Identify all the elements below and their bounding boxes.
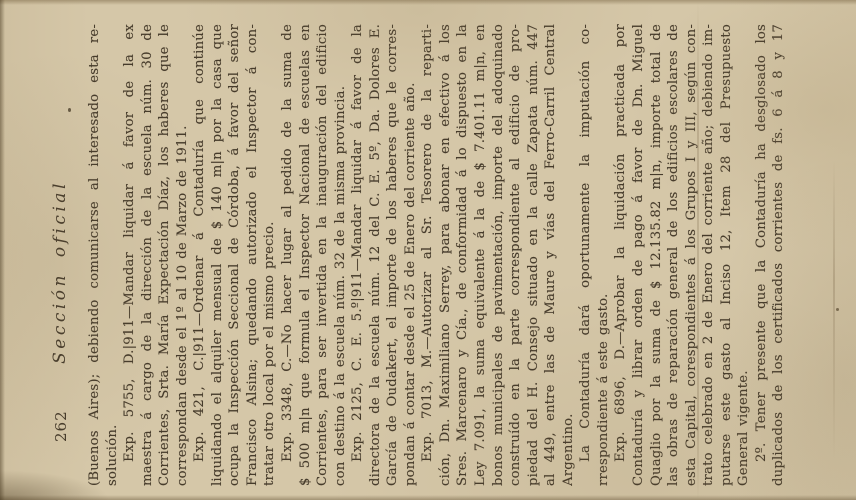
text-line: Ley 7.091, la suma equivalente á la de $…	[472, 24, 490, 486]
text-line: con destino á la escuela núm. 32 de la m…	[332, 24, 350, 486]
text-line: pondan á contar desde el 25 de Enero del…	[402, 24, 420, 486]
text-line: Exp. 3348, C.—No hacer lugar al pedido d…	[279, 24, 297, 486]
text-line: Exp. 421, C.|911—Ordenar á Contaduría qu…	[191, 24, 209, 486]
text-line: construído en la parte correspondiente a…	[507, 24, 525, 486]
text-line: directora de la escuela núm. 12 del C. E…	[367, 24, 385, 486]
text-line: bonos municipales de pavimentación, impo…	[490, 24, 508, 486]
text-line: duplicados de los certificados corriente…	[770, 24, 788, 486]
section-title: Sección oficial	[50, 44, 70, 500]
text-line: Francisco Alsina; quedando autorizado el…	[244, 24, 262, 486]
text-line: Corrientes, para ser invertida en la ina…	[314, 24, 332, 486]
text-line: piedad del H. Consejo situado en la call…	[525, 24, 543, 486]
text-line: Exp. 2125, C. E. 5.º|911—Mandar liquidar…	[349, 24, 367, 486]
text-line: Quaglio por la suma de $ 12.135.82 m|n, …	[648, 24, 666, 486]
text-line: $ 500 m|n que formula el Inspector Nacio…	[297, 24, 315, 486]
text-line: liquidando el alquiler mensual de $ 140 …	[209, 24, 227, 486]
text-line: 2º. Tener presente que la Contaduría ha …	[753, 24, 771, 486]
text-line: Argentino.	[560, 24, 578, 486]
page-header: 262 Sección oficial	[50, 0, 76, 500]
text-line: maestra á cargo de la dirección de la es…	[139, 24, 157, 486]
text-line: Contaduría y librar orden de pago á favo…	[630, 24, 648, 486]
text-line: García de Oudakert, el importe de los ha…	[384, 24, 402, 486]
text-line: solución.	[104, 24, 122, 486]
text-line: putarse este gasto al Inciso 12, Item 28…	[718, 24, 736, 486]
page-sheet: 262 Sección oficial (Buenos Aires); debi…	[0, 0, 856, 500]
text-line: Exp. 7013, M.—Autorizar al Sr. Tesorero …	[419, 24, 437, 486]
ink-speck	[68, 108, 71, 112]
text-line: La Contaduría dará oportunamente la impu…	[577, 24, 595, 486]
text-line: Exp. 6896, D.—Aprobar la liquidación pra…	[612, 24, 630, 486]
body-text: (Buenos Aires); debiendo comunicarse al …	[86, 24, 788, 486]
text-line: trato celebrado en 2 de Enero del corrie…	[700, 24, 718, 486]
text-line: las obras de reparación general de los e…	[665, 24, 683, 486]
text-line: rrespondiente á este gasto.	[595, 24, 613, 486]
text-line: tratar otro local por el mismo precio.	[261, 24, 279, 486]
text-line: ción, Dn. Maximiliano Serrey, para abona…	[437, 24, 455, 486]
text-line: esta Capital, corespondientes á los Grup…	[683, 24, 701, 486]
text-line: Exp. 5755, D.|911—Mandar liquidar á favo…	[121, 24, 139, 486]
text-line: ocupa la Inspección Seccional de Córdoba…	[226, 24, 244, 486]
text-line: Sres. Marcenaro y Cía., de conformidad á…	[454, 24, 472, 486]
scanned-book-page: 262 Sección oficial (Buenos Aires); debi…	[0, 0, 856, 500]
text-line: Corrientes, Srta. María Expectación Díaz…	[156, 24, 174, 486]
text-line: General vigente.	[735, 24, 753, 486]
text-line: correspondan desde el 1º al 10 de Marzo …	[174, 24, 192, 486]
text-line: al 449, entre las de Maure y vías del Fe…	[542, 24, 560, 486]
text-line: (Buenos Aires); debiendo comunicarse al …	[86, 24, 104, 486]
